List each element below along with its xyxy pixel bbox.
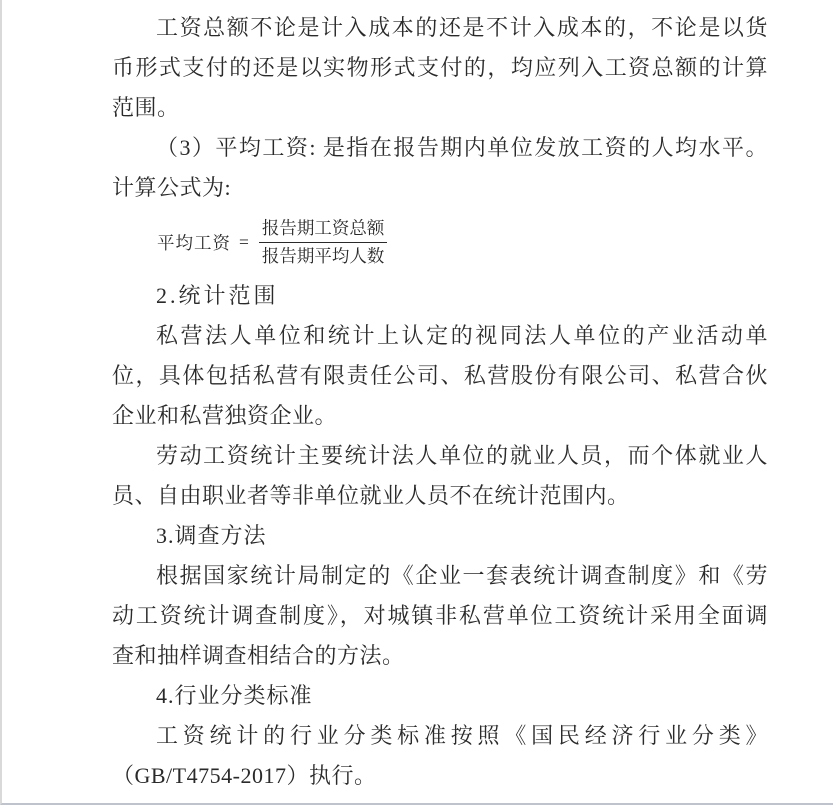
text-line: 工资总额不论是计入成本的还是不计入成本的，不论是以货 <box>112 8 768 48</box>
text-line: 动工资统计调查制度》，对城镇非私营单位工资统计采用全面调 <box>112 596 768 636</box>
text-line: 工资统计的行业分类标准按照《国民经济行业分类》 <box>112 716 768 756</box>
document-page: 工资总额不论是计入成本的还是不计入成本的，不论是以货币形式支付的还是以实物形式支… <box>0 0 833 805</box>
section-heading: 4.行业分类标准 <box>112 676 768 716</box>
fraction-numerator: 报告期工资总额 <box>259 217 388 243</box>
section-heading: 2.统计范围 <box>112 276 768 316</box>
text-line: 计算公式为: <box>112 168 768 208</box>
fraction-denominator: 报告期平均人数 <box>259 243 388 268</box>
equals-sign: = <box>239 232 249 253</box>
section-heading: 3.调查方法 <box>112 516 768 556</box>
text-line: 范围。 <box>112 88 768 128</box>
text-line: 位，具体包括私营有限责任公司、私营股份有限公司、私营合伙 <box>112 356 768 396</box>
text-line: 劳动工资统计主要统计法人单位的就业人员，而个体就业人 <box>112 436 768 476</box>
text-line: 企业和私营独资企业。 <box>112 396 768 436</box>
text-line: 员、自由职业者等非单位就业人员不在统计范围内。 <box>112 476 768 516</box>
average-wage-formula: 平均工资=报告期工资总额报告期平均人数 <box>112 208 768 276</box>
text-line: 私营法人单位和统计上认定的视同法人单位的产业活动单 <box>112 316 768 356</box>
text-line: （GB/T4754-2017）执行。 <box>112 756 768 796</box>
text-line: （3）平均工资: 是指在报告期内单位发放工资的人均水平。 <box>112 128 768 168</box>
formula-lhs: 平均工资 <box>157 230 231 255</box>
document-content: 工资总额不论是计入成本的还是不计入成本的，不论是以货币形式支付的还是以实物形式支… <box>112 8 768 796</box>
text-line: 查和抽样调查相结合的方法。 <box>112 636 768 676</box>
fraction: 报告期工资总额报告期平均人数 <box>259 217 388 268</box>
text-line: 币形式支付的还是以实物形式支付的，均应列入工资总额的计算 <box>112 48 768 88</box>
text-line: 根据国家统计局制定的《企业一套表统计调查制度》和《劳 <box>112 556 768 596</box>
